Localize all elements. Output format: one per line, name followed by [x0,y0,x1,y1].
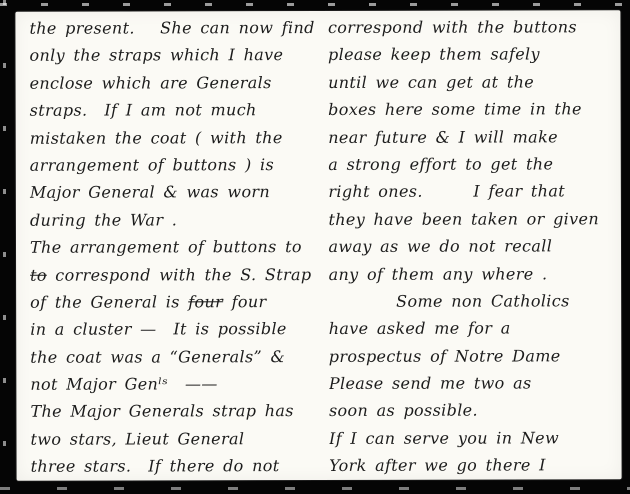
handwriting-text: not Major Genˡˢ —— [30,374,217,393]
handwritten-line: Some non Catholics [329,287,622,315]
handwriting-text: in a cluster — It is possible [30,319,287,339]
handwriting-text: they have been taken or given [328,209,599,229]
handwriting-text: York after we go there I [329,456,546,476]
handwriting-text: soon as possible. [329,401,478,420]
handwriting-text: right ones. I fear that [328,182,565,202]
handwritten-line: prospectus of Notre Dame [329,342,622,370]
handwritten-line: not Major Genˡˢ —— [30,370,319,398]
handwriting-text: only the straps which I have [29,45,283,65]
handwriting-text: have asked me for a [329,319,511,338]
handwriting-text: until we can get at the [328,72,534,92]
handwriting-text: If I can serve you in New [329,428,559,448]
handwritten-line: correspond with the buttons [328,13,621,41]
struck-word: to [30,265,47,284]
handwriting-text: any of them any where . [329,264,548,284]
handwritten-line: Please send me two as [329,369,622,397]
handwritten-line: please keep them safely [328,41,621,69]
handwriting-text: Major General & was worn [30,182,270,202]
handwriting-text: a strong effort to get the [328,154,553,174]
scan-edge-marks-top [0,3,630,6]
handwritten-line: arrangement of buttons ) is [30,151,319,179]
handwritten-line: until we can get at the [328,68,621,96]
letter-columns: the present. She can now findonly the st… [15,10,621,481]
handwritten-line: The arrangement of buttons to [30,233,319,261]
handwritten-line: any of them any where . [329,260,622,288]
handwritten-line: straps. If I am not much [30,96,319,124]
handwritten-line: the coat was a “Generals” & [30,343,319,371]
handwriting-text: correspond with the S. Strap [47,265,312,285]
handwriting-text: The arrangement of buttons to [30,237,302,257]
handwriting-text: the present. She can now find [29,18,314,38]
handwriting-text: the coat was a “Generals” & [30,347,285,367]
handwritten-line: the present. She can now find [29,14,318,42]
handwriting-text: correspond with the buttons [328,17,577,37]
handwritten-line: only the straps which I have [29,41,318,69]
handwriting-text: three stars. If there do not [31,456,280,476]
handwriting-text: away as we do not recall [328,237,552,257]
handwritten-line: The Major Generals strap has [30,397,319,425]
scan-border: the present. She can now findonly the st… [0,0,630,494]
letter-page: the present. She can now findonly the st… [15,10,621,481]
handwritten-line: away as we do not recall [328,232,621,260]
handwritten-line: Major General & was worn [30,178,319,206]
handwritten-line: soon as possible. [329,397,622,425]
handwritten-line: near future & I will make [328,123,621,151]
handwriting-text: Please send me two as [329,374,532,394]
handwriting-text: please keep them safely [328,45,540,65]
handwriting-text: four [223,292,266,311]
handwritten-line: mistaken the coat ( with the [30,124,319,152]
handwriting-text: during the War . [30,210,177,229]
handwritten-line: three stars. If there do not [31,452,320,480]
handwriting-text: enclose which are Generals [30,73,272,93]
handwriting-text: boxes here some time in the [328,99,582,119]
handwritten-line: right ones. I fear that [328,178,621,206]
handwritten-line: two stars, Lieut General [30,425,319,453]
handwritten-line: enclose which are Generals [30,69,319,97]
handwritten-line: they have been taken or given [328,205,621,233]
handwriting-text: near future & I will make [328,127,558,147]
handwriting-text: two stars, Lieut General [30,429,244,449]
handwritten-line: If I can serve you in New [329,424,622,452]
handwritten-line: during the War . [30,206,319,234]
right-column: correspond with the buttonsplease keep t… [318,13,622,480]
handwriting-text: Some non Catholics [329,291,570,311]
handwritten-line: York after we go there I [329,451,622,479]
struck-word: four [188,292,223,311]
handwriting-text: arrangement of buttons ) is [30,155,274,175]
handwritten-line: in a cluster — It is possible [30,315,319,343]
handwriting-text: straps. If I am not much [30,100,257,120]
handwriting-text: mistaken the coat ( with the [30,128,283,148]
scan-edge-marks-left [3,0,6,494]
scan-edge-marks-bottom [0,487,630,490]
handwriting-text: of the General is [30,292,188,311]
handwritten-line: a strong effort to get the [328,150,621,178]
left-column: the present. She can now findonly the st… [15,14,319,481]
handwritten-line: to correspond with the S. Strap [30,261,319,289]
handwriting-text: The Major Generals strap has [30,402,293,422]
handwritten-line: of the General is four four [30,288,319,316]
handwritten-line: boxes here some time in the [328,95,621,123]
handwritten-line: have asked me for a [329,315,622,343]
handwriting-text: prospectus of Notre Dame [329,346,561,366]
